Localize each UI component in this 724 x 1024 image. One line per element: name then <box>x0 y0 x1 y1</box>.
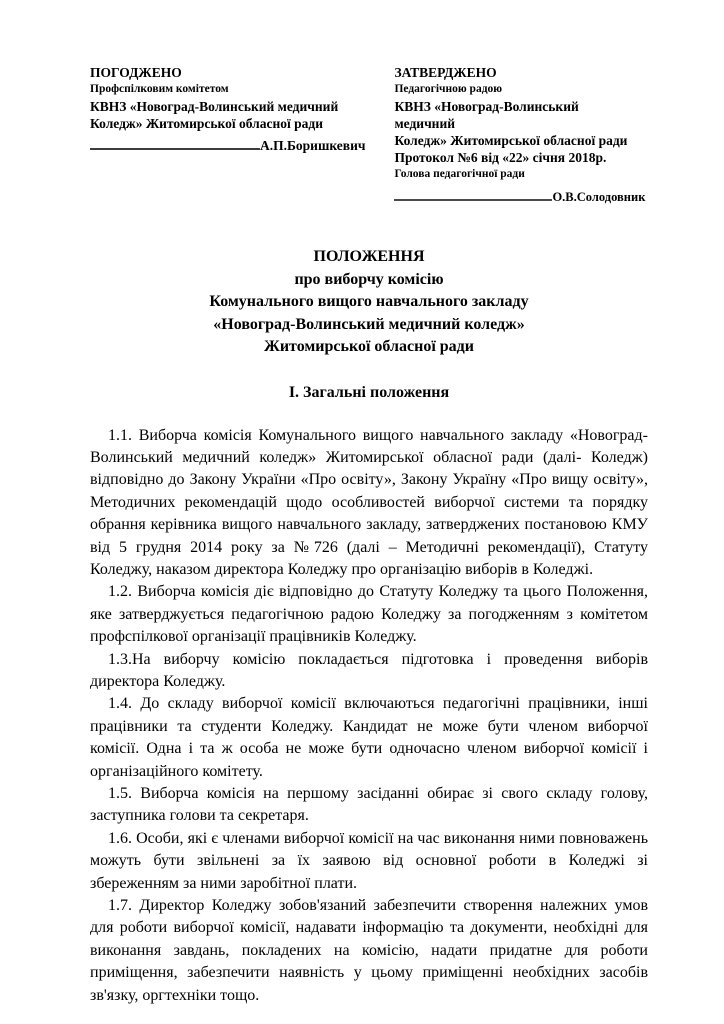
approval-left-signature-name: А.П.Боришкевич <box>260 137 365 154</box>
document-body: 1.1. Виборча комісія Комунального вищого… <box>90 425 648 1008</box>
approval-header: ПОГОДЖЕНО Профспілковим комітетом КВНЗ «… <box>90 64 648 206</box>
approval-right-protocol: Протокол №6 від «22» січня 2018р. <box>394 149 648 166</box>
approval-right-status: ЗАТВЕРДЖЕНО <box>394 64 648 81</box>
paragraph-1-7: 1.7. Директор Коледжу зобов'язаний забез… <box>90 895 648 1007</box>
approval-block-right: ЗАТВЕРДЖЕНО Педагогічною радою КВНЗ «Нов… <box>394 64 648 206</box>
approval-left-signature-row: А.П.Боришкевич <box>90 136 394 154</box>
approval-left-by: Профспілковим комітетом <box>90 81 394 98</box>
paragraph-1-1: 1.1. Виборча комісія Комунального вищого… <box>90 425 648 582</box>
paragraph-1-3: 1.3.На виборчу комісію покладається підг… <box>90 649 648 694</box>
approval-right-org-line3: Коледж» Житомирської обласної ради <box>394 132 648 149</box>
title-line-5: Житомирської обласної ради <box>90 336 648 359</box>
approval-right-signature-row: О.В.Солодовник <box>394 187 648 206</box>
paragraph-1-5: 1.5. Виборча комісія на першому засіданн… <box>90 783 648 828</box>
title-line-2: про виборчу комісію <box>90 269 648 292</box>
paragraph-1-2: 1.2. Виборча комісія діє відповідно до С… <box>90 581 648 648</box>
title-line-4: «Новоград-Волинський медичний коледж» <box>90 314 648 337</box>
approval-right-signer-title: Голова педагогічної ради <box>394 166 648 183</box>
approval-right-by: Педагогічною радою <box>394 81 648 98</box>
approval-block-left: ПОГОДЖЕНО Профспілковим комітетом КВНЗ «… <box>90 64 394 154</box>
approval-left-org-line2: Коледж» Житомирської обласної ради <box>90 115 394 132</box>
title-line-3: Комунального вищого навчального закладу <box>90 291 648 314</box>
approval-right-org-line2: медичний <box>394 115 648 132</box>
signature-underline <box>394 187 552 201</box>
signature-underline <box>90 136 260 150</box>
approval-left-status: ПОГОДЖЕНО <box>90 64 394 81</box>
document-page: ПОГОДЖЕНО Профспілковим комітетом КВНЗ «… <box>0 0 724 1024</box>
document-title: ПОЛОЖЕННЯ про виборчу комісію Комунально… <box>90 246 648 359</box>
approval-right-org-line1: КВНЗ «Новоград-Волинський <box>394 98 648 115</box>
title-line-1: ПОЛОЖЕННЯ <box>90 246 648 269</box>
approval-left-org-line1: КВНЗ «Новоград-Волинський медичний <box>90 98 394 115</box>
paragraph-1-6: 1.6. Особи, які є членами виборчої коміс… <box>90 828 648 895</box>
section-heading: І. Загальні положення <box>90 382 648 404</box>
paragraph-1-4: 1.4. До складу виборчої комісії включают… <box>90 693 648 783</box>
approval-right-signature-name: О.В.Солодовник <box>552 189 645 206</box>
